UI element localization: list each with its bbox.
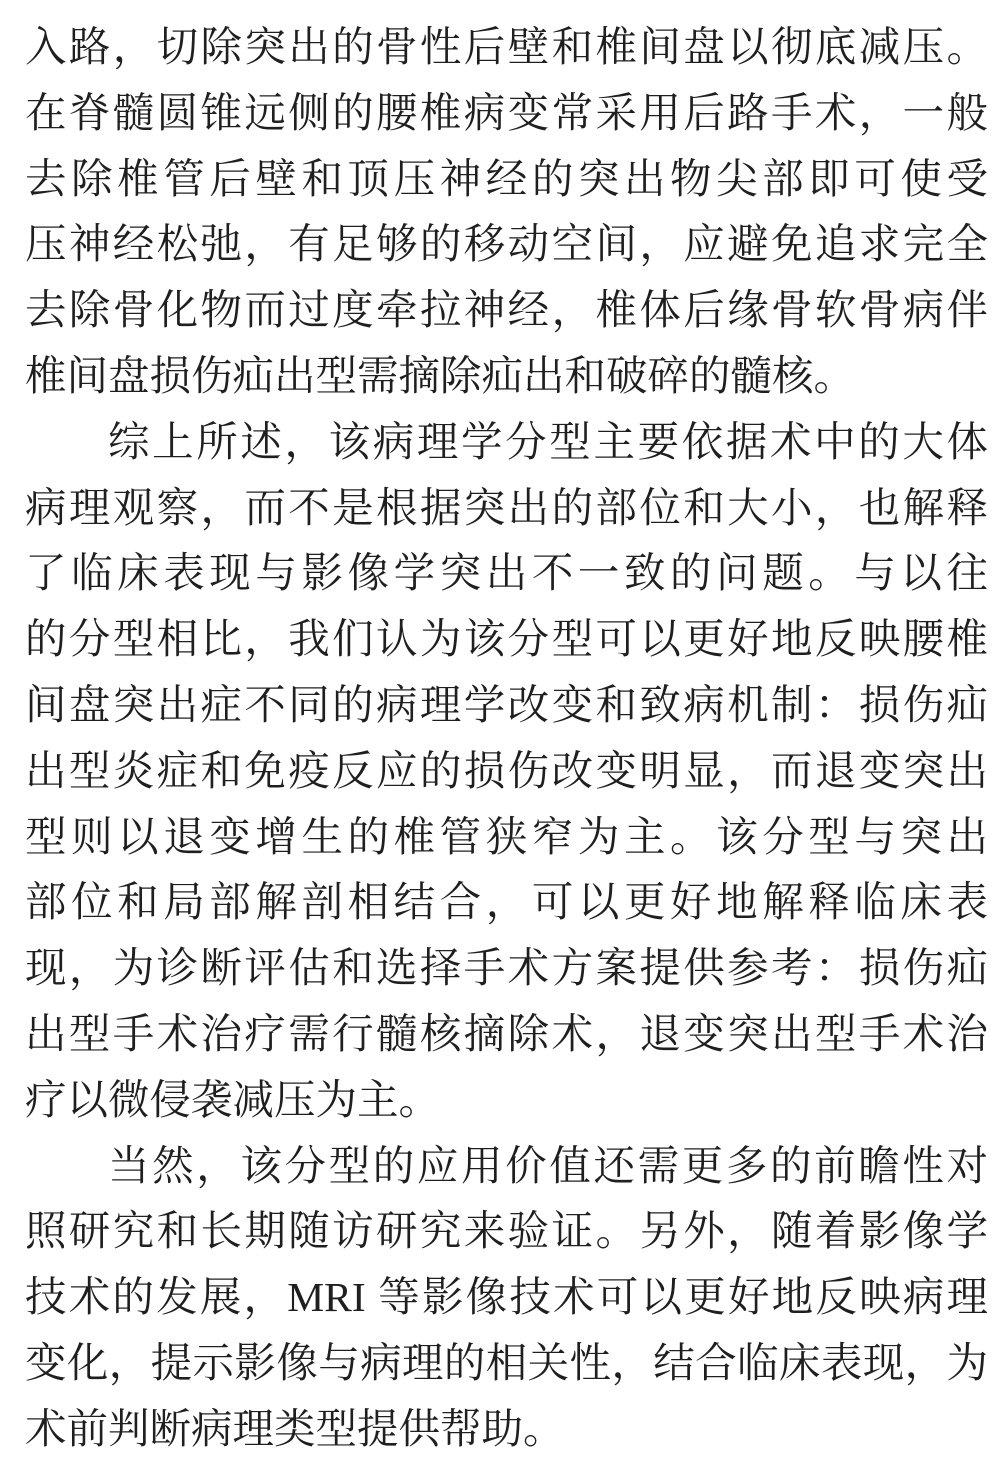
text-line: 照研究和长期随访研究来验证。另外，随着影像学 <box>25 1199 988 1265</box>
text-line: 当然，该分型的应用价值还需更多的前瞻性对 <box>25 1134 988 1200</box>
text-line: 技术的发展，MRI 等影像技术可以更好地反映病理 <box>25 1265 988 1331</box>
text-line: 的分型相比，我们认为该分型可以更好地反映腰椎 <box>25 607 988 673</box>
text-line: 病理观察，而不是根据突出的部位和大小，也解释 <box>25 476 988 542</box>
paragraph-1: 入路，切除突出的骨性后壁和椎间盘以彻底减压。 在脊髓圆锥远侧的腰椎病变常采用后路… <box>25 15 988 410</box>
text-line: 入路，切除突出的骨性后壁和椎间盘以彻底减压。 <box>25 15 988 81</box>
text-line: 变化，提示影像与病理的相关性，结合临床表现，为 <box>25 1331 988 1397</box>
document-page: 入路，切除突出的骨性后壁和椎间盘以彻底减压。 在脊髓圆锥远侧的腰椎病变常采用后路… <box>0 0 999 1465</box>
text-line: 椎间盘损伤疝出型需摘除疝出和破碎的髓核。 <box>25 344 988 410</box>
text-line: 综上所述，该病理学分型主要依据术中的大体 <box>25 410 988 476</box>
text-line: 在脊髓圆锥远侧的腰椎病变常采用后路手术，一般 <box>25 81 988 147</box>
text-line: 疗以微侵袭减压为主。 <box>25 1068 988 1134</box>
text-line: 出型炎症和免疫反应的损伤改变明显，而退变突出 <box>25 739 988 805</box>
text-line: 去除骨化物而过度牵拉神经，椎体后缘骨软骨病伴 <box>25 278 988 344</box>
text-line: 间盘突出症不同的病理学改变和致病机制：损伤疝 <box>25 673 988 739</box>
text-line: 现，为诊断评估和选择手术方案提供参考：损伤疝 <box>25 936 988 1002</box>
text-line: 型则以退变增生的椎管狭窄为主。该分型与突出 <box>25 805 988 871</box>
text-line: 出型手术治疗需行髓核摘除术，退变突出型手术治 <box>25 1002 988 1068</box>
text-line: 术前判断病理类型提供帮助。 <box>25 1397 988 1463</box>
text-line: 去除椎管后壁和顶压神经的突出物尖部即可使受 <box>25 147 988 213</box>
text-line: 了临床表现与影像学突出不一致的问题。与以往 <box>25 541 988 607</box>
paragraph-3: 当然，该分型的应用价值还需更多的前瞻性对 照研究和长期随访研究来验证。另外，随着… <box>25 1134 988 1463</box>
text-line: 部位和局部解剖相结合，可以更好地解释临床表 <box>25 870 988 936</box>
text-line: 压神经松弛，有足够的移动空间，应避免追求完全 <box>25 212 988 278</box>
paragraph-2: 综上所述，该病理学分型主要依据术中的大体 病理观察，而不是根据突出的部位和大小，… <box>25 410 988 1134</box>
